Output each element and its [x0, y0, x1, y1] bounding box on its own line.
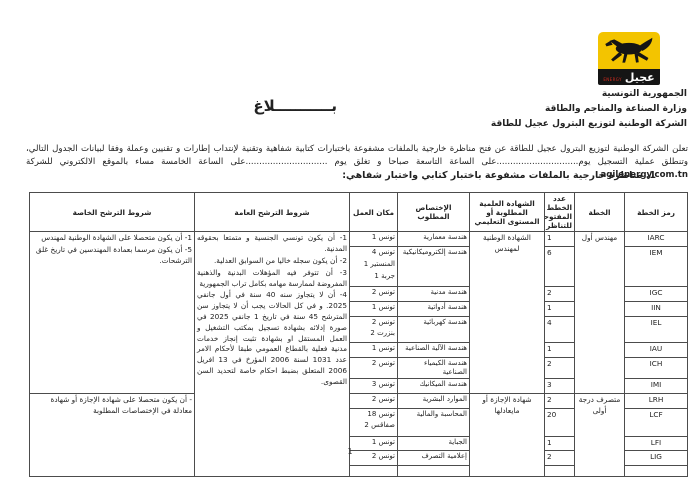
open-count-cell: 2 [545, 393, 575, 408]
work-location-cell: 2 تونس [350, 357, 398, 378]
location-line: 2 تونس [352, 318, 395, 327]
open-count-cell: 4 [545, 316, 575, 343]
special-conditions-cell: 1- أن يكون متحصلا على الشهادة الوطنية لم… [30, 232, 195, 393]
specialty-cell: هندسة معمارية [398, 232, 470, 247]
country-line: الجمهورية التونسية [491, 87, 687, 102]
location-line: 1 تونس [352, 344, 395, 353]
location-line: 2 تونس [352, 288, 395, 297]
open-count-cell: 1 [545, 343, 575, 358]
specialty-cell: المحاسبة والمالية [398, 408, 470, 436]
location-line: 2 بنزرت [352, 329, 395, 338]
work-location-cell: 2 تونس [350, 287, 398, 302]
plan-code-cell: IIN [625, 301, 688, 316]
special-conditions-cell: - أن يكون متحصلا على شهادة الإجازة أو شه… [30, 393, 195, 476]
special-condition-item: 1- أن يكون متحصلا على الشهادة الوطنية لم… [32, 233, 192, 244]
general-condition-item: 2- أن يكون سجله خاليا من السوابق العدلية… [197, 256, 347, 267]
page-number: 1 [0, 447, 700, 456]
location-line: 1 تونس [352, 303, 395, 312]
column-header-specialty: الإختصاص المطلوب [398, 193, 470, 232]
open-count-cell: 1 [545, 232, 575, 247]
table-row: LRHمتصرف درجة أولى2شهادة الإجازة أو مايع… [30, 393, 688, 408]
open-count-cell: 20 [545, 408, 575, 436]
open-count-cell: 2 [545, 287, 575, 302]
gov-header: الجمهورية التونسية وزارة الصناعة والمناج… [491, 87, 687, 132]
intro-text-2: على الساعة التاسعة صباحا و تغلق يوم [327, 157, 496, 167]
agil-logo: ENERGY عجيل [598, 32, 660, 85]
plan-code-cell: ICH [625, 357, 688, 378]
location-line: 1 تونس [352, 438, 395, 447]
location-line: 3 تونس [352, 380, 395, 389]
table-row: IARCمهندس أول1الشهادة الوطنية لمهندسهندس… [30, 232, 688, 247]
general-condition-item: 3- أن تتوفر فيه المؤهلات البدنية والذهني… [197, 268, 347, 290]
column-header-special-conditions: شروط الترشح الخاصة [30, 193, 195, 232]
specialty-cell: هندسة الكيمياء الصناعية [398, 357, 470, 378]
announcement-title: بـــــــــــلاغ [253, 97, 337, 115]
plan-code-cell: IARC [625, 232, 688, 247]
general-condition-item: 1- أن يكون تونسي الجنسية و متمتعا بحقوقه… [197, 233, 347, 255]
location-line: 1 جربة [352, 272, 395, 281]
logo-band: ENERGY عجيل [598, 69, 660, 85]
specialty-cell: الموارد البشرية [398, 393, 470, 408]
degree-cell: الشهادة الوطنية لمهندس [470, 232, 545, 393]
location-line: 4 تونس [352, 248, 395, 257]
plan-cell: متصرف درجة أولى [575, 393, 625, 476]
column-header-plan: الخطة [575, 193, 625, 232]
plan-code-cell: IAU [625, 343, 688, 358]
vacancy-table-body: IARCمهندس أول1الشهادة الوطنية لمهندسهندس… [30, 232, 688, 477]
work-location-cell: 2 تونس2 بنزرت [350, 316, 398, 343]
general-conditions-cell: 1- أن يكون تونسي الجنسية و متمتعا بحقوقه… [195, 232, 350, 477]
location-line: 2 تونس [352, 395, 395, 404]
open-count-cell: 3 [545, 379, 575, 394]
plan-code-cell: LCF [625, 408, 688, 436]
column-header-open-count: عدد الخطط المفتوحة للتناظر [545, 193, 575, 232]
specialty-cell: هندسة أدواتية [398, 301, 470, 316]
intro-text-3: على الساعة الخامسة مساء بالموقع الالكترو… [26, 157, 245, 167]
specialty-cell: هندسة الآلية الصناعية [398, 343, 470, 358]
column-header-general-conditions: شروط الترشح العامة [195, 193, 350, 232]
special-condition-item: - أن يكون متحصلا على شهادة الإجازة أو شه… [32, 395, 192, 417]
section1-title: 1. مناظرة خارجية بالملفات مشفوعة باختبار… [342, 170, 656, 181]
location-line: 18 تونس [352, 410, 395, 419]
plan-code-cell [625, 466, 688, 477]
open-count-cell [545, 466, 575, 477]
logo-brand-text: عجيل [625, 72, 655, 83]
announcement-document: ENERGY عجيل الجمهورية التونسية وزارة الص… [0, 0, 700, 495]
location-line: 2 صفاقس [352, 421, 395, 430]
horse-icon [604, 37, 654, 65]
open-count-cell: 2 [545, 357, 575, 378]
logo-energy-text: ENERGY [603, 78, 622, 82]
work-location-cell: 1 تونس [350, 301, 398, 316]
special-condition-item: 5- أن يكون مرسما بعمادة المهندسين في تار… [32, 245, 192, 267]
specialty-cell: هندسة مدنية [398, 287, 470, 302]
column-header-location: مكان العمل [350, 193, 398, 232]
column-header-degree: الشهادة العلمية المطلوبة أو المستوى التع… [470, 193, 545, 232]
plan-cell: مهندس أول [575, 232, 625, 393]
plan-code-cell: LRH [625, 393, 688, 408]
work-location-cell: 1 تونس [350, 343, 398, 358]
ministry-line: وزارة الصناعة والمناجم والطاقة [491, 102, 687, 117]
work-location-cell: 1 تونس [350, 232, 398, 247]
work-location-cell [350, 466, 398, 477]
specialty-cell: هندسة كهربائية [398, 316, 470, 343]
plan-code-cell: IEM [625, 247, 688, 287]
location-line: 1 المنستير [352, 260, 395, 269]
table-header-row: رمز الخطة الخطة عدد الخطط المفتوحة للتنا… [30, 193, 688, 232]
logo-yellow-field [598, 32, 660, 69]
specialty-cell: هندسة إلكتروميكانيكية [398, 247, 470, 287]
vacancy-table: رمز الخطة الخطة عدد الخطط المفتوحة للتنا… [29, 192, 688, 477]
company-line: الشركة الوطنية لتوزيع البترول عجيل للطاق… [491, 117, 687, 132]
open-date-placeholder: .............................. [496, 157, 578, 167]
plan-code-cell: IGC [625, 287, 688, 302]
column-header-plan-code: رمز الخطة [625, 193, 688, 232]
work-location-cell: 2 تونس [350, 393, 398, 408]
work-location-cell: 3 تونس [350, 379, 398, 394]
work-location-cell: 18 تونس2 صفاقس [350, 408, 398, 436]
work-location-cell: 4 تونس1 المنستير1 جربة [350, 247, 398, 287]
close-date-placeholder: .............................. [245, 157, 327, 167]
open-count-cell: 6 [545, 247, 575, 287]
specialty-cell: هندسة الميكانيك [398, 379, 470, 394]
general-condition-item: 4- أن لا يتجاوز سنه 40 سنة في أول جانفي … [197, 290, 347, 387]
location-line: 2 تونس [352, 359, 395, 368]
location-line: 1 تونس [352, 233, 395, 242]
open-count-cell: 1 [545, 301, 575, 316]
plan-code-cell: IMI [625, 379, 688, 394]
degree-cell: شهادة الإجازة أو مايعادلها [470, 393, 545, 476]
specialty-cell [398, 466, 470, 477]
plan-code-cell: IEL [625, 316, 688, 343]
